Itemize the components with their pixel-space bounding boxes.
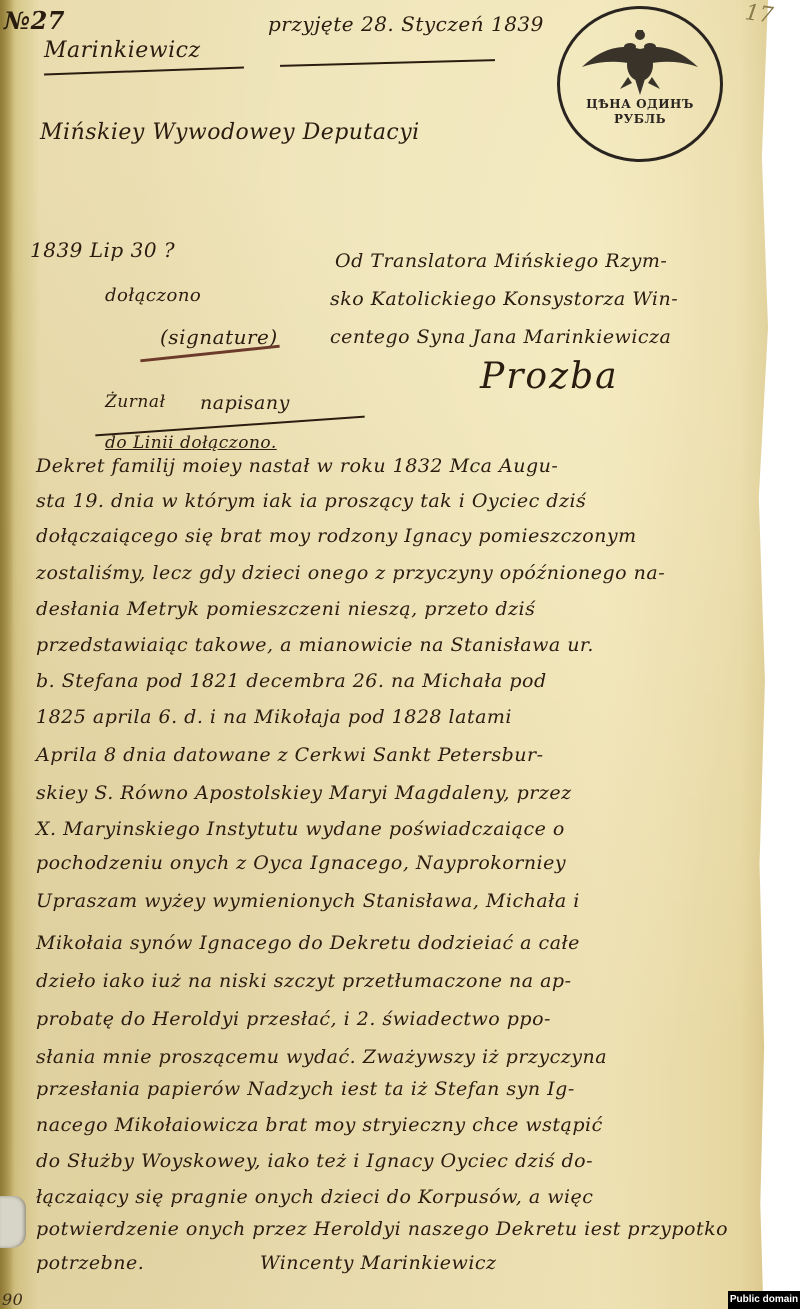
body-line: nacego Mikołaiowicza brat moy stryieczny… bbox=[36, 1114, 603, 1136]
body-line: słania mnie proszącemu wydać. Zważywszy … bbox=[36, 1046, 607, 1068]
revenue-stamp: ЦѢНА ОДИНЪ РУБЛЬ bbox=[557, 6, 723, 162]
body-line: b. Stefana pod 1821 decembra 26. na Mich… bbox=[36, 670, 547, 692]
body-line: przesłania papierów Nadzych iest ta iż S… bbox=[36, 1078, 575, 1100]
margin-note-signature: (signature) bbox=[160, 325, 278, 349]
signature: Wincenty Marinkiewicz bbox=[260, 1252, 497, 1274]
margin-note: do Linii dołączono. bbox=[105, 433, 277, 453]
body-line: potrzebne. bbox=[36, 1252, 144, 1274]
document-title: Prozba bbox=[480, 356, 619, 397]
margin-note: dołączono bbox=[105, 285, 201, 306]
paper-tear bbox=[0, 1196, 26, 1248]
body-line: desłania Metryk pomieszczeni nieszą, prz… bbox=[36, 598, 535, 620]
document-number: №27 bbox=[4, 6, 65, 35]
page-corner-mark: 90 bbox=[2, 1290, 23, 1309]
body-line: pochodzeniu onych z Oyca Ignacego, Naypr… bbox=[36, 852, 566, 874]
addressee: Mińskiey Wywodowey Deputacyi bbox=[40, 120, 420, 145]
body-line: Aprila 8 dnia datowane z Cerkwi Sankt Pe… bbox=[36, 744, 544, 766]
body-line: Dekret familij moiey nastał w roku 1832 … bbox=[36, 455, 558, 477]
surname-label: Marinkiewicz bbox=[44, 38, 201, 63]
body-line: sta 19. dnia w którym iak ia proszący ta… bbox=[36, 490, 586, 512]
body-line: potwierdzenie onych przez Heroldyi nasze… bbox=[36, 1218, 728, 1240]
margin-note: Żurnał bbox=[105, 392, 165, 412]
body-line: Upraszam wyżey wymienionych Stanisława, … bbox=[36, 890, 580, 912]
double-headed-eagle-icon bbox=[580, 27, 700, 97]
received-date: przyjęte 28. Styczeń 1839 bbox=[268, 12, 544, 36]
body-line: łączaiący się pragnie onych dzieci do Ko… bbox=[36, 1186, 593, 1208]
margin-note-date: 1839 Lip 30 ? bbox=[30, 238, 175, 262]
body-line: probatę do Heroldyi przesłać, i 2. świad… bbox=[36, 1008, 551, 1030]
body-line: skiey S. Równo Apostolskiey Maryi Magdal… bbox=[36, 782, 572, 804]
body-line: do Służby Woyskowey, iako też i Ignacy O… bbox=[36, 1150, 593, 1172]
stamp-text-line2: РУБЛЬ bbox=[614, 112, 666, 127]
credit-badge: Public domain bbox=[728, 1291, 800, 1309]
body-line: dołączaiącego się brat moy rodzony Ignac… bbox=[36, 525, 637, 547]
margin-note: napisany bbox=[200, 392, 290, 414]
body-line: przedstawiaiąc takowe, a mianowicie na S… bbox=[36, 634, 594, 656]
body-line: dzieło iako iuż na niski szczyt przetłum… bbox=[36, 970, 572, 992]
body-line: X. Maryinskiego Instytutu wydane poświad… bbox=[36, 818, 565, 840]
body-line: 1825 aprila 6. d. i na Mikołaja pod 1828… bbox=[36, 706, 512, 728]
body-line: Mikołaia synów Ignacego do Dekretu dodzi… bbox=[36, 932, 580, 954]
from-line: sko Katolickiego Konsystorza Win- bbox=[330, 288, 678, 310]
stamp-text-line1: ЦѢНА ОДИНЪ bbox=[586, 97, 694, 112]
folio-number: 17 bbox=[743, 0, 774, 29]
body-line: zostaliśmy, lecz gdy dzieci onego z przy… bbox=[36, 562, 665, 584]
binding-shadow bbox=[0, 0, 14, 1309]
from-line: centego Syna Jana Marinkiewicza bbox=[330, 326, 671, 348]
from-line: Od Translatora Mińskiego Rzym- bbox=[335, 250, 667, 272]
